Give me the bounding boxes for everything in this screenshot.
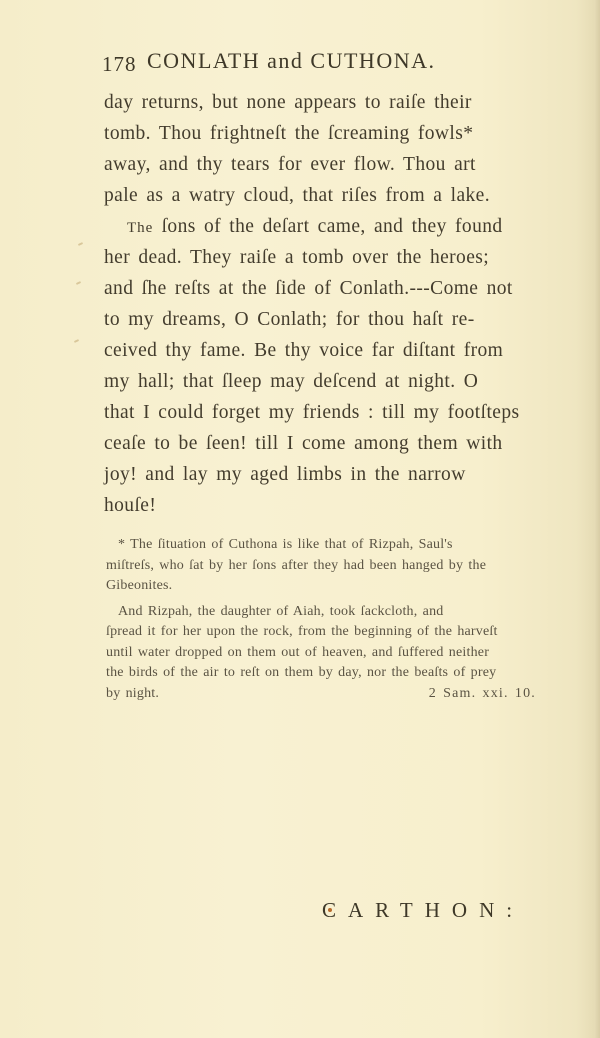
text-line: her dead. They raiſe a tomb over the her…: [104, 242, 554, 273]
footnote-line-text: by night.: [106, 686, 159, 701]
footnote-last-line: by night.2 Sam. xxi. 10.: [106, 684, 546, 705]
footnote-line: ſpread it for her upon the rock, from th…: [106, 622, 546, 643]
footnote-line: * The ſituation of Cuthona is like that …: [106, 535, 546, 556]
footnote-line: Gibeonites.: [106, 576, 546, 597]
footnote-line: the birds of the air to reſt on them by …: [106, 663, 546, 684]
paragraph-lead-word: The: [127, 220, 153, 236]
book-page: 178 CONLATH and CUTHONA. day returns, bu…: [0, 0, 600, 1038]
text-line: houſe!: [104, 490, 554, 521]
text-line-rest: ſons of the deſart came, and they found: [162, 216, 503, 237]
paper-speck: [74, 339, 79, 343]
footnote-block: * The ſituation of Cuthona is like that …: [106, 535, 546, 704]
main-text: day returns, but none appears to raiſe t…: [104, 87, 554, 521]
text-line: pale as a watry cloud, that riſes from a…: [104, 180, 554, 211]
text-line: my hall; that ſleep may deſcend at night…: [104, 366, 554, 397]
scripture-reference: 2 Sam. xxi. 10.: [429, 684, 546, 705]
page-edge-shadow: [594, 0, 600, 1038]
text-line: away, and thy tears for ever flow. Thou …: [104, 149, 554, 180]
text-line: ceaſe to be ſeen! till I come among them…: [104, 428, 554, 459]
footnote-line: And Rizpah, the daughter of Aiah, took ſ…: [106, 602, 546, 623]
paragraph-start-line: The ſons of the deſart came, and they fo…: [104, 211, 554, 242]
text-line: and ſhe reſts at the ſide of Conlath.---…: [104, 273, 554, 304]
paper-speck: [78, 242, 83, 246]
paper-speck: [76, 281, 81, 285]
text-line: ceived thy fame. Be thy voice far diſtan…: [104, 335, 554, 366]
catchword: CARTHON:: [322, 898, 524, 923]
running-title: CONLATH and CUTHONA.: [147, 48, 435, 74]
text-line: that I could forget my friends : till my…: [104, 397, 554, 428]
footnote-line: until water dropped on them out of heave…: [106, 643, 546, 664]
text-line: tomb. Thou frightneſt the ſcreaming fowl…: [104, 118, 554, 149]
footnote-line: miſtreſs, who ſat by her ſons after they…: [106, 556, 546, 577]
page-number: 178: [102, 52, 137, 77]
text-line: to my dreams, O Conlath; for thou haſt r…: [104, 304, 554, 335]
page-header: 178 CONLATH and CUTHONA.: [102, 44, 532, 80]
text-line: day returns, but none appears to raiſe t…: [104, 87, 554, 118]
text-line: joy! and lay my aged limbs in the narrow: [104, 459, 554, 490]
